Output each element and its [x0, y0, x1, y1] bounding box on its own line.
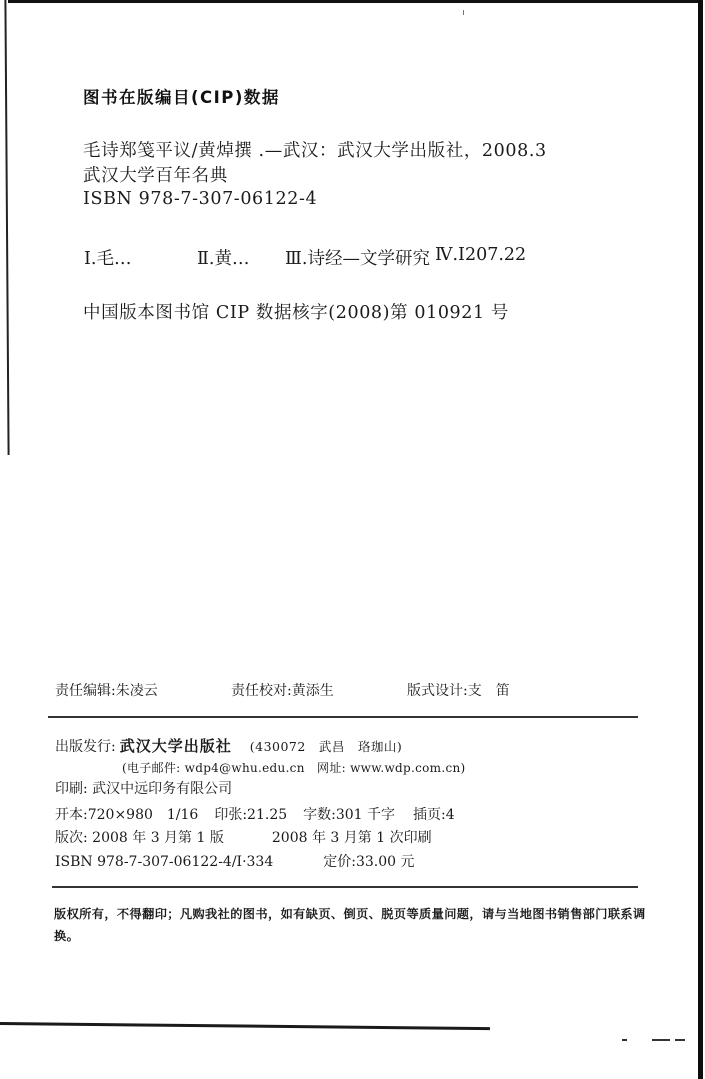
- printer-line: 印刷: 武汉中远印务有限公司: [55, 778, 232, 798]
- scan-border-bottom: [0, 1022, 490, 1030]
- classification-item: Ⅱ.黄…: [197, 245, 285, 270]
- price: 定价:33.00 元: [323, 854, 414, 870]
- credit-designer: 版式设计:支 笛: [407, 680, 510, 700]
- isbn-price-line: ISBN 978-7-307-06122-4/I·334定价:33.00 元: [55, 851, 415, 871]
- scan-speck: [463, 10, 464, 15]
- publisher-contact: (电子邮件: wdp4@whu.edu.cn 网址: www.wdp.com.c…: [122, 759, 466, 776]
- classification-item: Ⅳ.I207.22: [435, 245, 526, 270]
- edition-line: 版次: 2008 年 3 月第 1 版2008 年 3 月第 1 次印刷: [55, 827, 432, 847]
- divider-rule: [52, 886, 638, 888]
- scan-border-right: [698, 0, 703, 1079]
- plates: 插页:4: [413, 807, 455, 823]
- format-size: 开本:720×980 1/16: [55, 807, 198, 823]
- publisher-name: 武汉大学出版社: [120, 737, 232, 755]
- classification-item: Ⅲ.诗经—文学研究: [285, 245, 435, 270]
- publisher-address: (430072 武昌 珞珈山): [250, 739, 402, 754]
- cip-classification: Ⅰ.毛… Ⅱ.黄… Ⅲ.诗经—文学研究 Ⅳ.I207.22: [84, 245, 526, 270]
- cip-title-line: 毛诗郑笺平议/黄焯撰 .—武汉：武汉大学出版社，2008.3: [83, 137, 547, 162]
- classification-item: Ⅰ.毛…: [84, 245, 197, 270]
- printed-sheets: 印张:21.25: [214, 807, 287, 823]
- edition: 版次: 2008 年 3 月第 1 版: [55, 830, 224, 846]
- copyright-notice: 版权所有，不得翻印；凡购我社的图书，如有缺页、倒页、脱页等质量问题，请与当地图书…: [54, 903, 654, 947]
- isbn-full: ISBN 978-7-307-06122-4/I·334: [55, 854, 273, 870]
- cip-heading: 图书在版编目(CIP)数据: [83, 84, 280, 108]
- scan-artifact: [675, 1039, 685, 1041]
- cip-number: 中国版本图书馆 CIP 数据核字(2008)第 010921 号: [83, 299, 509, 324]
- cip-series: 武汉大学百年名典: [83, 162, 228, 187]
- scan-artifact: [622, 1039, 627, 1041]
- publisher-label: 出版发行:: [55, 739, 116, 755]
- printing: 2008 年 3 月第 1 次印刷: [272, 830, 432, 846]
- format-line: 开本:720×980 1/16印张:21.25字数:301 千字插页:4: [55, 804, 455, 824]
- scan-artifact: [652, 1039, 670, 1041]
- scan-border-left: [4, 0, 9, 455]
- publisher-line: 出版发行:武汉大学出版社(430072 武昌 珞珈山): [55, 735, 402, 756]
- credit-proofreader: 责任校对:黄添生: [231, 680, 334, 700]
- copyright-page: 图书在版编目(CIP)数据 毛诗郑笺平议/黄焯撰 .—武汉：武汉大学出版社，20…: [0, 0, 705, 1079]
- credit-editor: 责任编辑:朱凌云: [55, 680, 158, 700]
- word-count: 字数:301 千字: [303, 807, 395, 823]
- divider-rule: [48, 716, 638, 718]
- cip-isbn: ISBN 978-7-307-06122-4: [83, 189, 317, 209]
- scan-border-top: [8, 0, 700, 3]
